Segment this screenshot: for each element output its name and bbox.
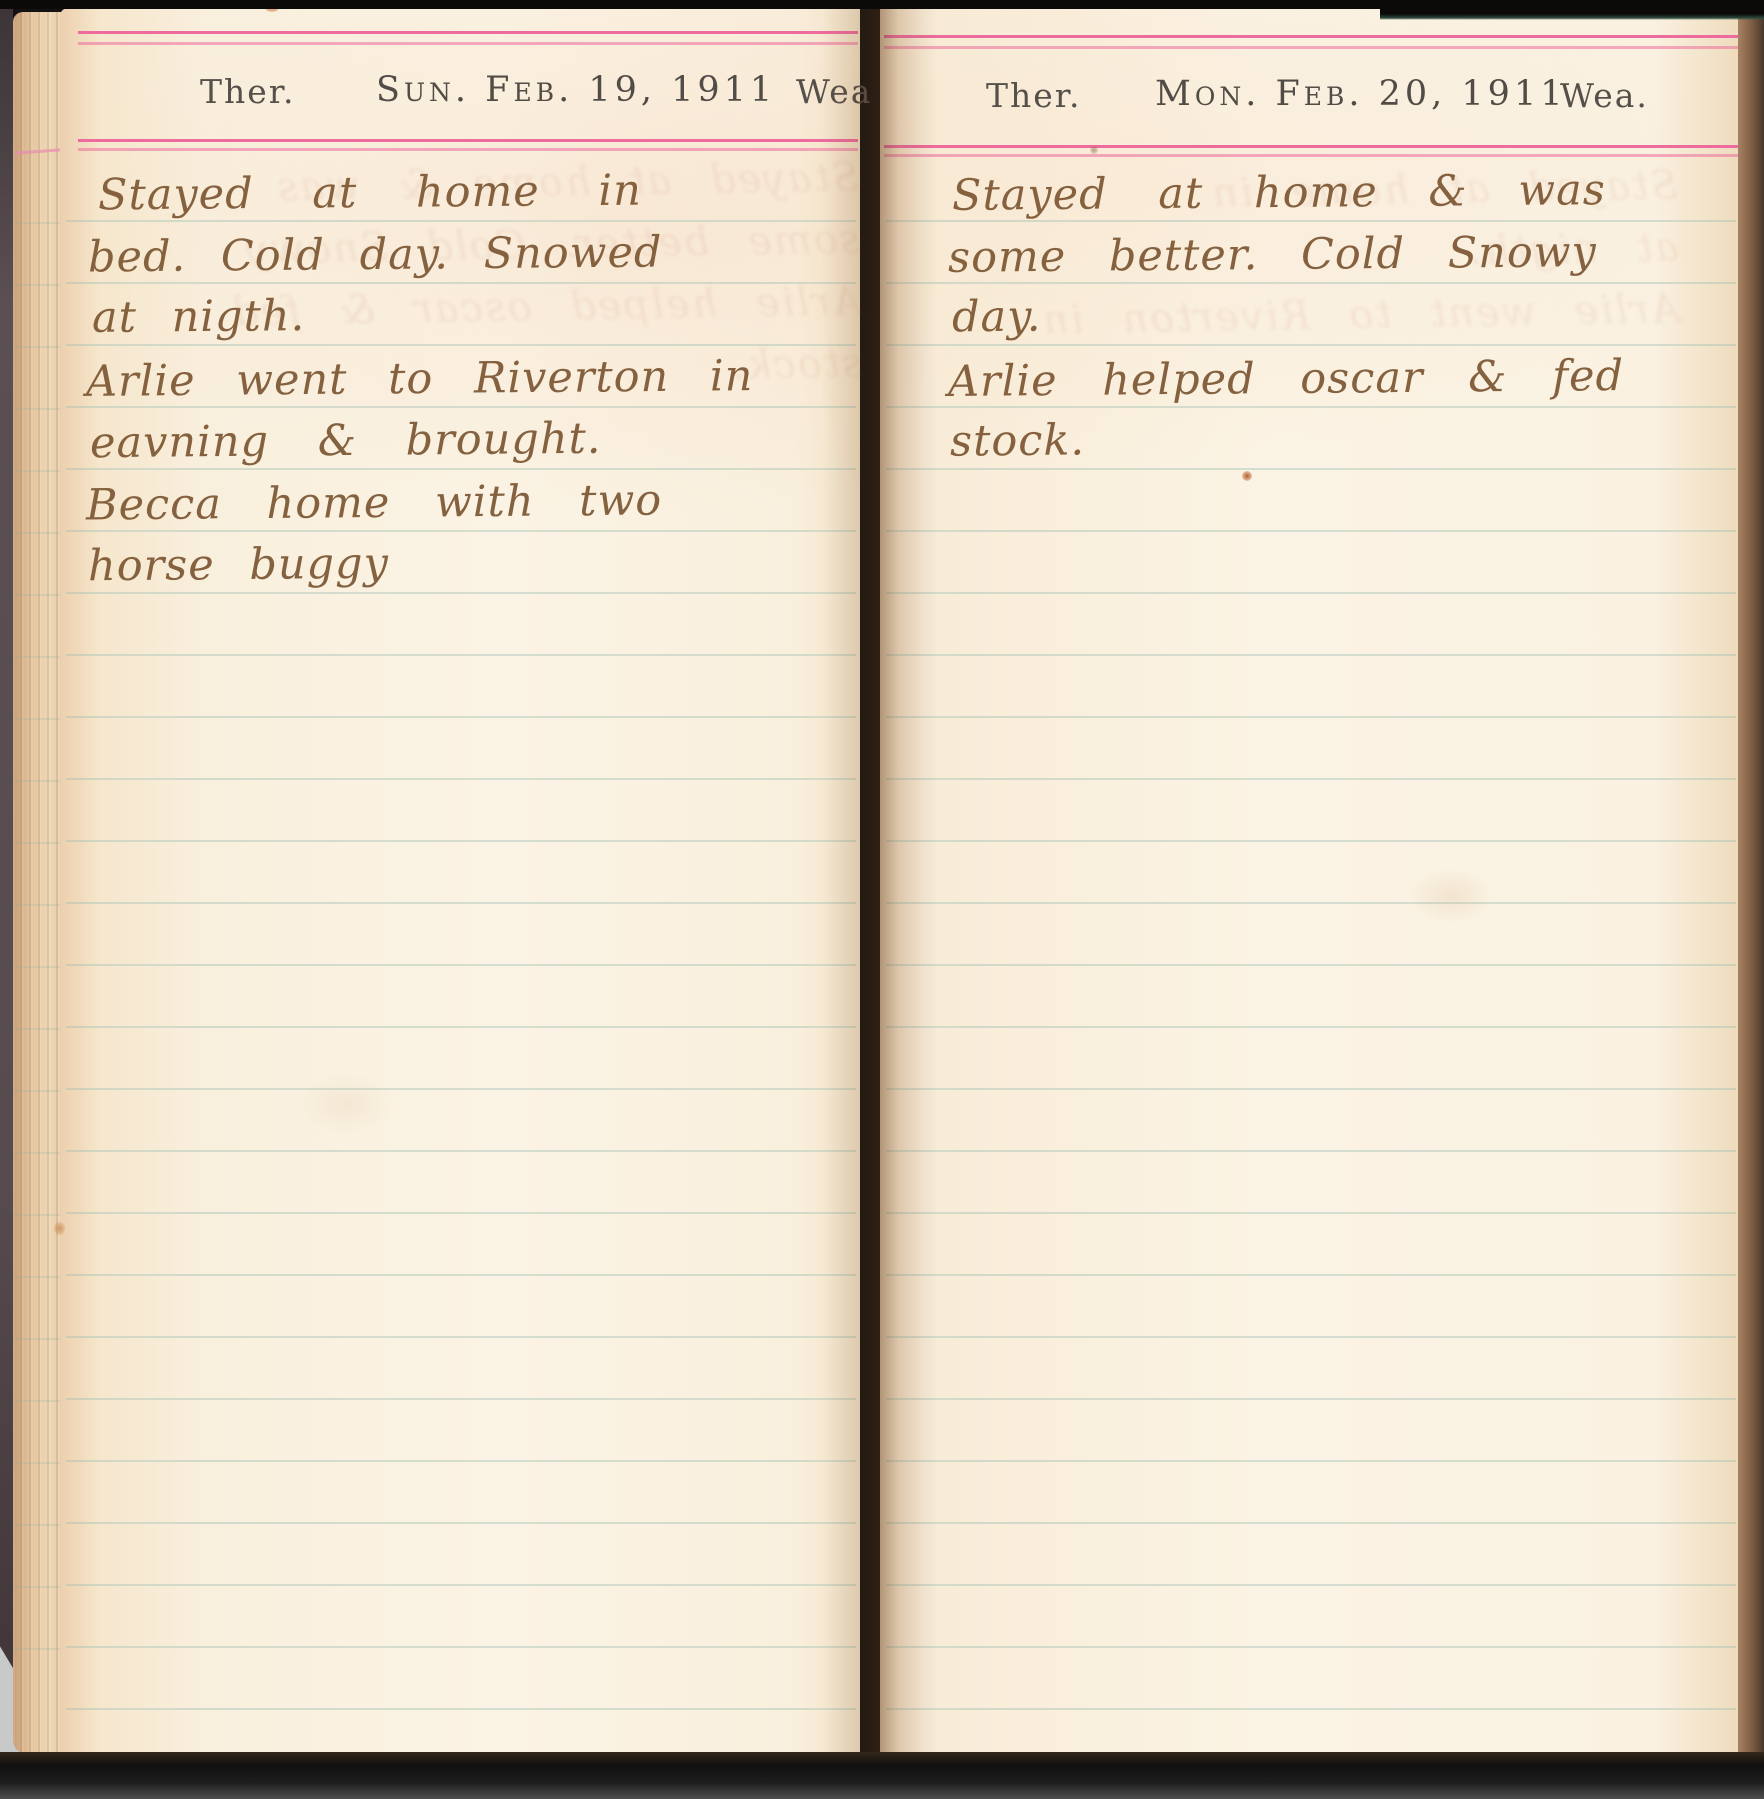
right-date-heading: Mon. Feb. 20, 1911 xyxy=(1155,74,1566,114)
handwritten-line: Arlie went to Riverton in xyxy=(86,351,754,407)
pink-rule xyxy=(884,145,1738,148)
pink-rule xyxy=(884,46,1738,49)
pink-rule xyxy=(78,139,858,142)
pink-rule xyxy=(78,31,858,34)
page-edge-rule-lines xyxy=(13,222,63,1694)
handwritten-line: stock. xyxy=(950,415,1085,466)
handwritten-line: Becca home with two xyxy=(86,475,663,530)
diary-scan: Ther. Sun. Feb. 19, 1911 Wea Ther. Mon. … xyxy=(0,0,1764,1799)
right-ther-label: Ther. xyxy=(986,76,1081,115)
left-page-edges xyxy=(13,12,63,1754)
pink-rule xyxy=(78,42,858,45)
foxing-spot xyxy=(1090,146,1098,154)
right-page-edge xyxy=(1738,4,1764,1760)
handwritten-line: Arlie helped oscar & fed xyxy=(948,351,1624,407)
left-date-heading: Sun. Feb. 19, 1911 xyxy=(376,70,776,110)
handwritten-line: bed. Cold day. Snowed xyxy=(88,227,663,282)
handwritten-line: at nigth. xyxy=(92,291,306,343)
handwritten-line: horse buggy xyxy=(88,539,389,592)
right-wea-label: Wea. xyxy=(1560,76,1649,115)
scan-border-top-right xyxy=(1380,0,1764,20)
page-edge-pink-mark xyxy=(15,148,61,154)
handwritten-line: day. xyxy=(952,292,1042,343)
handwritten-line: Stayed at home & was xyxy=(952,165,1606,221)
left-ther-label: Ther. xyxy=(200,72,295,111)
book-binding xyxy=(0,0,13,1690)
foxing-spot xyxy=(54,1222,65,1235)
left-wea-label: Wea xyxy=(796,72,872,111)
handwritten-line: some better. Cold Snowy xyxy=(948,227,1597,283)
paper-stain xyxy=(1408,868,1492,924)
foxing-spot xyxy=(1242,471,1252,481)
scan-border-bottom xyxy=(0,1752,1764,1799)
pink-rule xyxy=(884,35,1738,38)
handwritten-line: Stayed at home in xyxy=(98,166,642,221)
paper-stain xyxy=(296,1072,396,1136)
handwritten-line: eavning & brought. xyxy=(90,414,602,468)
